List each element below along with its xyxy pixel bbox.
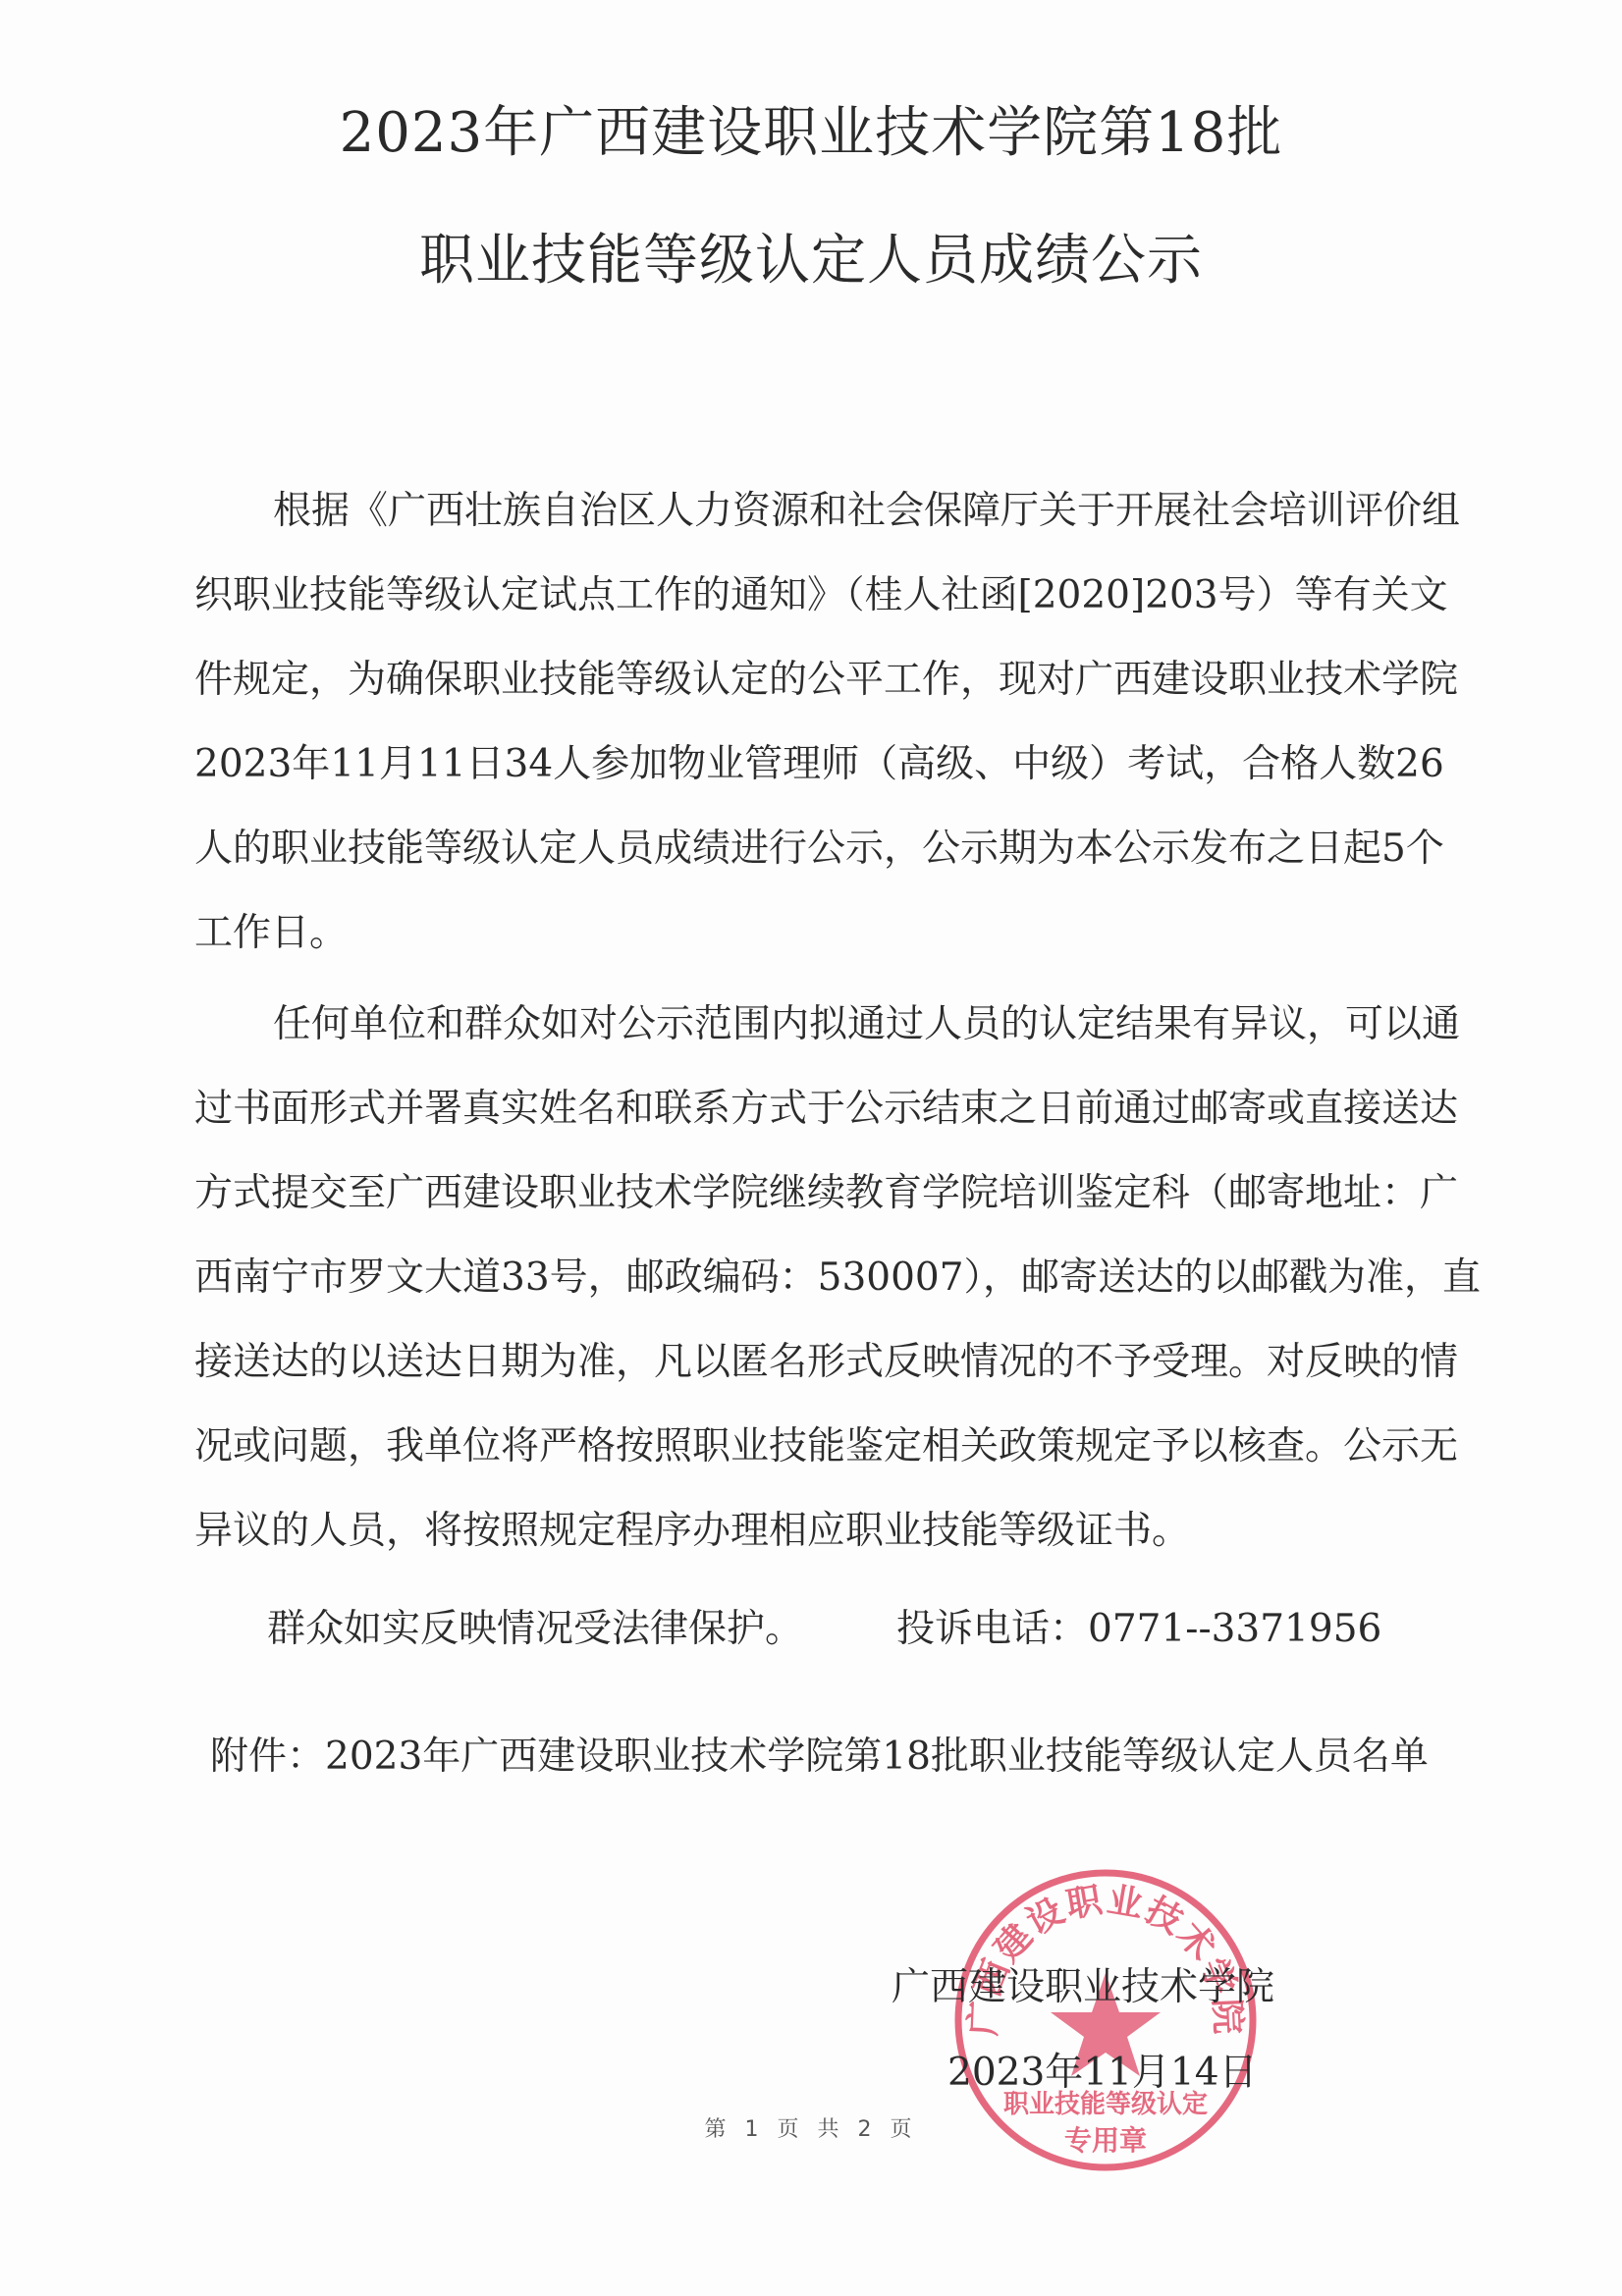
- paragraph-line: 任何单位和群众如对公示范围内拟通过人员的认定结果有异议，可以通: [194, 983, 1467, 1067]
- paragraph-line: 异议的人员，将按照规定程序办理相应职业技能等级证书。: [194, 1489, 1467, 1574]
- paragraph-objection: 任何单位和群众如对公示范围内拟通过人员的认定结果有异议，可以通 过书面形式并署真…: [194, 983, 1467, 1574]
- paragraph-line: 方式提交至广西建设职业技术学院继续教育学院培训鉴定科（邮寄地址：广: [194, 1151, 1467, 1236]
- complaint-phone-label: 投诉电话：: [896, 1607, 1088, 1651]
- document-page: 2023年广西建设职业技术学院第18批 职业技能等级认定人员成绩公示 根据《广西…: [0, 0, 1622, 2296]
- paragraph-line: 接送达的以送达日期为准，凡以匿名形式反映情况的不予受理。对反映的情: [194, 1320, 1467, 1405]
- paragraph-line: 工作日。: [194, 891, 1467, 976]
- paragraph-line: 织职业技能等级认定试点工作的通知》（桂人社函[2020]203号）等有关文: [194, 554, 1467, 638]
- paragraph-line: 西南宁市罗文大道33号，邮政编码：530007），邮寄送达的以邮戳为准，直: [194, 1236, 1467, 1320]
- signature-date: 2023年11月14日: [947, 2044, 1258, 2103]
- paragraph-line: 2023年11月11日34人参加物业管理师（高级、中级）考试，合格人数26: [194, 722, 1467, 807]
- paragraph-line: 件规定，为确保职业技能等级认定的公平工作，现对广西建设职业技术学院: [194, 638, 1467, 722]
- paragraph-line: 况或问题，我单位将严格按照职业技能鉴定相关政策规定予以核查。公示无: [194, 1405, 1467, 1489]
- page-indicator: 第 1 页 共 2 页: [0, 2115, 1622, 2145]
- complaint-phone: 投诉电话：0771--3371956: [896, 1600, 1381, 1659]
- paragraph-line: 根据《广西壮族自治区人力资源和社会保障厅关于开展社会培训评价组: [194, 469, 1467, 554]
- document-title-line-1: 2023年广西建设职业技术学院第18批: [0, 102, 1622, 165]
- legal-protection-note: 群众如实反映情况受法律保护。: [267, 1600, 803, 1659]
- attachment-note: 附件：2023年广西建设职业技术学院第18批职业技能等级认定人员名单: [210, 1728, 1429, 1787]
- paragraph-basis: 根据《广西壮族自治区人力资源和社会保障厅关于开展社会培训评价组 织职业技能等级认…: [194, 469, 1467, 976]
- document-title-line-2: 职业技能等级认定人员成绩公示: [0, 230, 1622, 293]
- complaint-phone-number: 0771--3371956: [1088, 1607, 1381, 1651]
- paragraph-line: 过书面形式并署真实姓名和联系方式于公示结束之日前通过邮寄或直接送达: [194, 1067, 1467, 1151]
- signature-organization: 广西建设职业技术学院: [892, 1958, 1274, 2017]
- paragraph-line: 人的职业技能等级认定人员成绩进行公示，公示期为本公示发布之日起5个: [194, 807, 1467, 891]
